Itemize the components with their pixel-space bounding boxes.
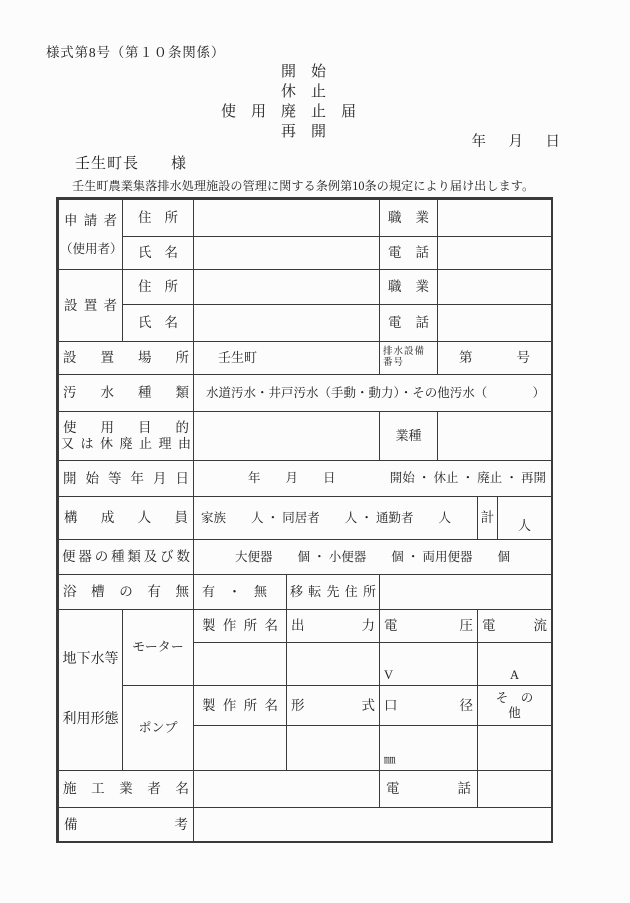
date-line: 年 月 日 [472, 130, 565, 151]
input-installer-address[interactable] [193, 269, 380, 305]
label-motor-voltage: 電圧 [379, 609, 478, 643]
label-contractor: 施工業者名 [58, 770, 194, 808]
label-installer-phone: 電話 [379, 304, 438, 342]
input-applicant-name[interactable] [193, 236, 380, 270]
value-equipment-number[interactable]: 第号 [437, 341, 552, 375]
label-applicant: 申請者 （使用者） [58, 199, 123, 270]
input-industry[interactable] [437, 411, 552, 461]
input-applicant-occupation[interactable] [437, 199, 552, 237]
input-move-address[interactable] [379, 574, 552, 610]
label-motor-current: 電流 [477, 609, 552, 643]
input-pump-bore[interactable]: ㎜ [379, 725, 478, 771]
label-purpose: 使用目的 又は休廃止理由 [58, 411, 194, 461]
value-location-town[interactable]: 壬生町 [193, 341, 380, 375]
input-remarks[interactable] [193, 807, 552, 842]
label-applicant-address: 住所 [122, 199, 194, 237]
label-pump: ポンプ [122, 685, 194, 771]
input-applicant-address[interactable] [193, 199, 380, 237]
value-toilets[interactable]: 大便器 個 ・ 小便器 個 ・ 両用便器 個 [193, 539, 552, 575]
label-members: 構成人員 [58, 496, 194, 540]
label-installer-address: 住所 [122, 269, 194, 305]
input-installer-name[interactable] [193, 304, 380, 342]
input-pump-model[interactable] [286, 725, 380, 771]
label-pump-maker: 製作所名 [193, 685, 287, 726]
label-equipment-number: 排水設備番号 [379, 341, 438, 375]
title-line-start: 開 始 [281, 63, 326, 81]
title-line-suspend: 休 止 [281, 83, 326, 101]
label-contractor-phone: 電話 [379, 770, 478, 808]
input-applicant-phone[interactable] [437, 236, 552, 270]
label-installer: 設置者 [58, 269, 123, 342]
value-members-total[interactable]: 人 [497, 496, 552, 540]
title-line-resume: 再 開 [281, 123, 326, 141]
intro-sentence: 壬生町農業集落排水処理施設の管理に関する条例第10条の規定により届け出します。 [72, 177, 534, 194]
input-installer-phone[interactable] [437, 304, 552, 342]
addressee: 壬生町長 様 [75, 152, 187, 173]
label-start-date: 開始等年月日 [58, 460, 194, 497]
label-toilets: 便器の種類及び数 [58, 539, 194, 575]
label-pump-bore: 口径 [379, 685, 478, 726]
input-contractor-phone[interactable] [477, 770, 552, 808]
label-pump-other: そ の 他 [477, 685, 552, 726]
value-start-date[interactable]: 年 月 日 開始 ・ 休止 ・ 廃止 ・ 再開 [193, 460, 552, 497]
form-number: 様式第8号（第１０条関係） [46, 41, 225, 61]
value-members[interactable]: 家族 人 ・ 同居者 人 ・ 通勤者 人 [193, 496, 478, 540]
label-bath: 浴槽の有無 [58, 574, 194, 610]
input-motor-voltage[interactable]: V [379, 642, 478, 686]
label-remarks: 備考 [58, 807, 194, 842]
label-installer-name: 氏名 [122, 304, 194, 342]
input-contractor[interactable] [193, 770, 380, 808]
form-table: 申請者 （使用者） 住所 職業 氏名 電話 設置者 住所 職業 氏名 電話 設置… [56, 197, 553, 843]
input-pump-maker[interactable] [193, 725, 287, 771]
value-bath[interactable]: 有 ・ 無 [193, 574, 287, 610]
value-sewage-type[interactable]: 水道汚水・井戸汚水（手動・動力）・その他汚水（ ） [193, 374, 552, 412]
label-applicant-name: 氏名 [122, 236, 194, 270]
input-motor-current[interactable]: A [477, 642, 552, 686]
label-motor-output: 出力 [286, 609, 380, 643]
label-pump-model: 形式 [286, 685, 380, 726]
label-installer-occupation: 職業 [379, 269, 438, 305]
title-line-use-abolish: 使 用 廃 止 届 [221, 103, 356, 121]
label-industry: 業種 [379, 411, 438, 461]
label-members-total: 計 [477, 496, 498, 540]
label-applicant-occupation: 職業 [379, 199, 438, 237]
input-motor-output[interactable] [286, 642, 380, 686]
input-installer-occupation[interactable] [437, 269, 552, 305]
label-motor-maker: 製作所名 [193, 609, 287, 643]
label-applicant-phone: 電話 [379, 236, 438, 270]
label-motor: モーター [122, 609, 194, 686]
label-groundwater: 地下水等 利用形態 [58, 609, 123, 771]
input-pump-other[interactable] [477, 725, 552, 771]
input-motor-maker[interactable] [193, 642, 287, 686]
label-location: 設置場所 [58, 341, 194, 375]
label-sewage-type: 汚水種類 [58, 374, 194, 412]
input-purpose[interactable] [193, 411, 380, 461]
label-move-address: 移転先住所 [286, 574, 380, 610]
